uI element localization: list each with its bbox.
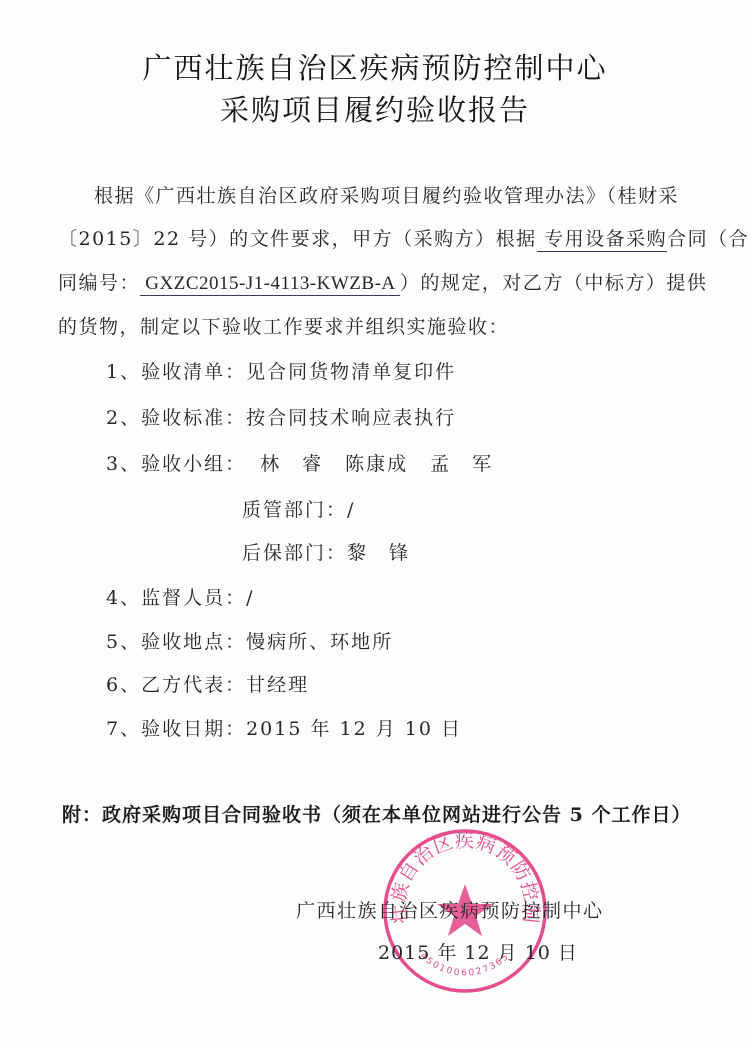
item-value: 慢病所、环地所 bbox=[246, 631, 393, 653]
item-label: 3、验收小组： bbox=[106, 453, 246, 475]
document-page: 广西壮族自治区疾病预防控制中心 采购项目履约验收报告 根据《广西壮族自治区政府采… bbox=[0, 0, 750, 1047]
intro-line-4: 的货物，制定以下验收工作要求并组织实施验收： bbox=[58, 306, 509, 349]
document-title-organization: 广西壮族自治区疾病预防控制中心 bbox=[0, 46, 750, 87]
signature-date: 2015 年 12 月 10 日 bbox=[378, 938, 578, 965]
document-title-report: 采购项目履约验收报告 bbox=[0, 88, 750, 129]
item-label: 4、监督人员： bbox=[106, 587, 246, 609]
item-label: 1、验收清单： bbox=[106, 361, 246, 383]
contract-number: GXZC2015-J1-4113-KWZB-A bbox=[140, 273, 400, 296]
item-supervisor: 4、监督人员：/ bbox=[106, 583, 255, 610]
sub-item-logistics-dept: 后保部门：黎 锋 bbox=[242, 538, 410, 565]
item-value: 2015 年 12 月 10 日 bbox=[246, 718, 462, 740]
item-value: / bbox=[246, 587, 254, 609]
intro-line-3-prefix: 同编号： bbox=[58, 272, 140, 294]
attachment-note: 附：政府采购项目合同验收书（须在本单位网站进行公告 5 个工作日） bbox=[62, 800, 691, 827]
item-value: 甘经理 bbox=[246, 674, 309, 696]
team-member: 林 睿 bbox=[260, 453, 323, 475]
sub-item-quality-dept: 质管部门：/ bbox=[242, 495, 355, 522]
sub-item-value: 黎 锋 bbox=[347, 542, 410, 564]
item-checklist: 1、验收清单：见合同货物清单复印件 bbox=[106, 357, 456, 384]
sub-item-value: / bbox=[347, 499, 355, 521]
item-value: 见合同货物清单复印件 bbox=[246, 361, 456, 383]
item-date: 7、验收日期：2015 年 12 月 10 日 bbox=[106, 714, 462, 741]
signature-organization: 广西壮族自治区疾病预防控制中心 bbox=[296, 896, 604, 923]
item-label: 7、验收日期： bbox=[106, 718, 246, 740]
intro-line-2-prefix: 〔2015〕22 号）的文件要求，甲方（采购方）根据 bbox=[58, 228, 537, 250]
intro-line-3: 同编号： GXZC2015-J1-4113-KWZB-A ）的规定，对乙方（中标… bbox=[58, 262, 707, 305]
team-member: 孟 军 bbox=[430, 453, 493, 475]
item-label: 5、验收地点： bbox=[106, 631, 246, 653]
item-vendor-rep: 6、乙方代表：甘经理 bbox=[106, 670, 309, 697]
intro-line-2: 〔2015〕22 号）的文件要求，甲方（采购方）根据 专用设备采购合同（合 bbox=[58, 218, 749, 261]
sub-item-label: 后保部门： bbox=[242, 542, 347, 564]
intro-line-3-suffix: ）的规定，对乙方（中标方）提供 bbox=[400, 272, 708, 294]
item-standard: 2、验收标准：按合同技术响应表执行 bbox=[106, 403, 456, 430]
item-value: 按合同技术响应表执行 bbox=[246, 407, 456, 429]
item-location: 5、验收地点：慢病所、环地所 bbox=[106, 627, 393, 654]
intro-line-2-suffix: 合同（合 bbox=[667, 228, 749, 250]
item-label: 6、乙方代表： bbox=[106, 674, 246, 696]
team-member: 陈康成 bbox=[345, 453, 408, 475]
item-label: 2、验收标准： bbox=[106, 407, 246, 429]
sub-item-label: 质管部门： bbox=[242, 499, 347, 521]
contract-type: 专用设备采购 bbox=[537, 228, 668, 252]
item-team: 3、验收小组：林 睿陈康成孟 军 bbox=[106, 449, 493, 476]
intro-line-1: 根据《广西壮族自治区政府采购项目履约验收管理办法》（桂财采 bbox=[94, 175, 679, 218]
